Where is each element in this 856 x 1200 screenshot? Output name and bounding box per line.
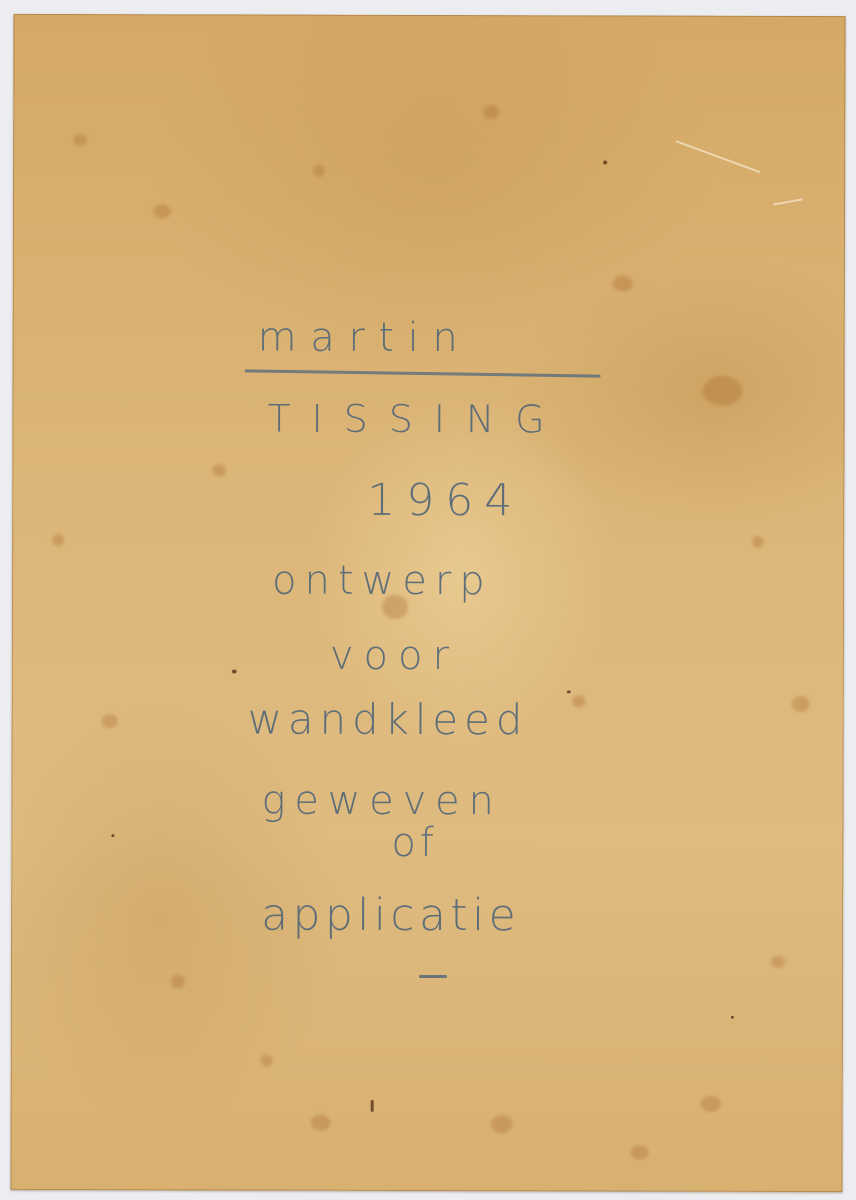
handwritten-inscription: Martin Tissing 1964 ontwerp voor wandkle… [10, 14, 845, 1192]
inscription-line-7: geweven [261, 778, 502, 825]
inscription-line-5: voor [330, 633, 459, 679]
inscription-line-1: Martin [258, 315, 472, 362]
trailing-dash [419, 975, 447, 978]
inscription-line-4: ontwerp [272, 558, 493, 605]
inscription-line-9: applicatie [261, 890, 520, 942]
inscription-line-8: of [391, 820, 438, 866]
card-back: Martin Tissing 1964 ontwerp voor wandkle… [10, 14, 845, 1192]
inscription-underline [245, 369, 601, 377]
inscription-line-6: wandkleed [248, 695, 529, 745]
inscription-line-2: Tissing [267, 397, 565, 442]
inscription-line-3: 1964 [367, 475, 523, 526]
